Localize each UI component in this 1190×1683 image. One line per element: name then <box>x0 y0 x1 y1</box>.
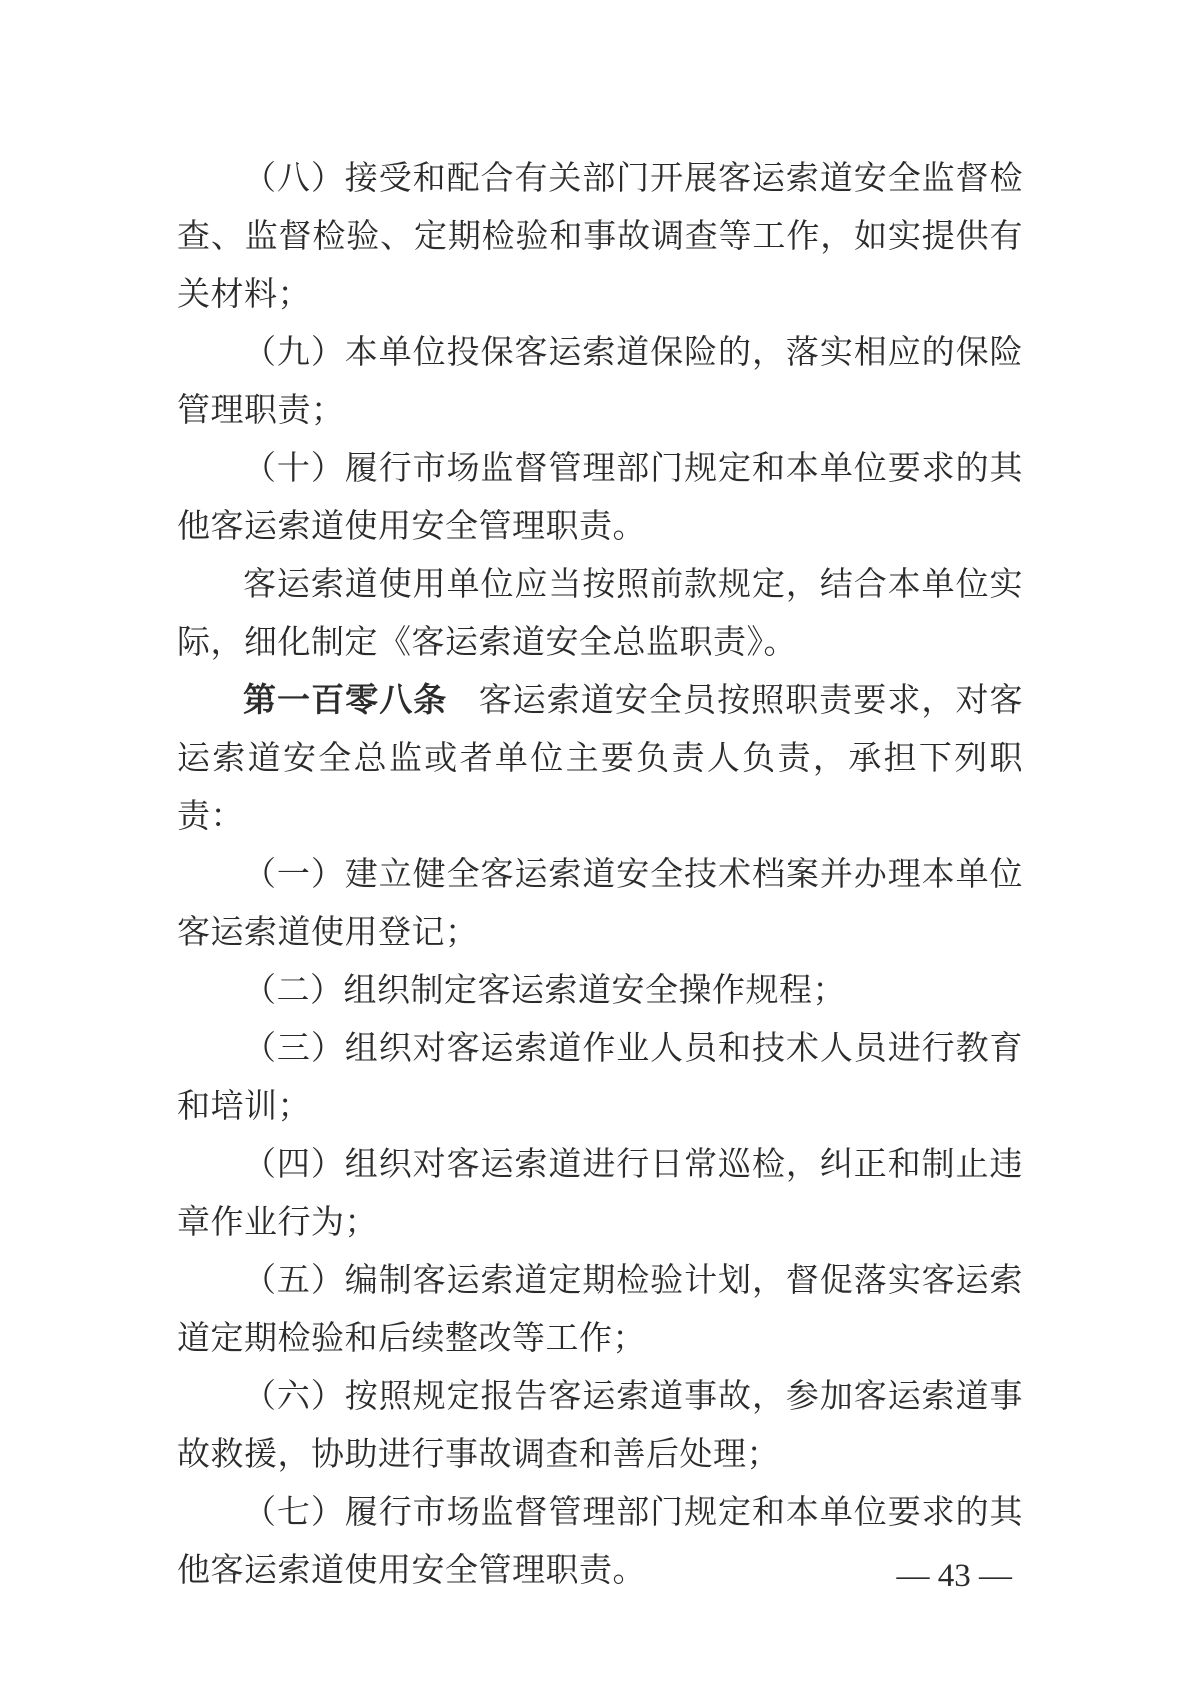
paragraph: （九）本单位投保客运索道保险的，落实相应的保险管理职责； <box>177 324 1023 440</box>
paragraph-text: （八）接受和配合有关部门开展客运索道安全监督检查、监督检验、定期检验和事故调查等… <box>177 161 1023 313</box>
paragraph: （一）建立健全客运索道安全技术档案并办理本单位客运索道使用登记； <box>177 846 1023 962</box>
paragraph: （五）编制客运索道定期检验计划，督促落实客运索道定期检验和后续整改等工作； <box>177 1252 1023 1368</box>
paragraph: （四）组织对客运索道进行日常巡检，纠正和制止违章作业行为； <box>177 1136 1023 1252</box>
paragraph-text: （三）组织对客运索道作业人员和技术人员进行教育和培训； <box>177 1031 1023 1125</box>
paragraph-text: 客运索道使用单位应当按照前款规定，结合本单位实际，细化制定《客运索道安全总监职责… <box>177 567 1023 661</box>
document-page: （八）接受和配合有关部门开展客运索道安全监督检查、监督检验、定期检验和事故调查等… <box>0 0 1190 1683</box>
paragraph-text: （二）组织制定客运索道安全操作规程； <box>243 973 846 1009</box>
paragraph-text: （十）履行市场监督管理部门规定和本单位要求的其他客运索道使用安全管理职责。 <box>177 451 1023 545</box>
article-number-heading: 第一百零八条 <box>243 683 447 719</box>
page-number: — 43 — <box>897 1553 1013 1599</box>
paragraph: （二）组织制定客运索道安全操作规程； <box>177 962 1023 1020</box>
paragraph: 客运索道使用单位应当按照前款规定，结合本单位实际，细化制定《客运索道安全总监职责… <box>177 556 1023 672</box>
paragraph: （六）按照规定报告客运索道事故，参加客运索道事故救援，协助进行事故调查和善后处理… <box>177 1368 1023 1484</box>
paragraph: 第一百零八条客运索道安全员按照职责要求，对客运索道安全总监或者单位主要负责人负责… <box>177 672 1023 846</box>
paragraph-text: （一）建立健全客运索道安全技术档案并办理本单位客运索道使用登记； <box>177 857 1023 951</box>
paragraph: （三）组织对客运索道作业人员和技术人员进行教育和培训； <box>177 1020 1023 1136</box>
document-body: （八）接受和配合有关部门开展客运索道安全监督检查、监督检验、定期检验和事故调查等… <box>177 150 1023 1600</box>
paragraph-text: （四）组织对客运索道进行日常巡检，纠正和制止违章作业行为； <box>177 1147 1023 1241</box>
paragraph-text: （六）按照规定报告客运索道事故，参加客运索道事故救援，协助进行事故调查和善后处理… <box>177 1379 1023 1473</box>
paragraph-text: （九）本单位投保客运索道保险的，落实相应的保险管理职责； <box>177 335 1023 429</box>
paragraph-text: （五）编制客运索道定期检验计划，督促落实客运索道定期检验和后续整改等工作； <box>177 1263 1023 1357</box>
paragraph: （十）履行市场监督管理部门规定和本单位要求的其他客运索道使用安全管理职责。 <box>177 440 1023 556</box>
paragraph: （八）接受和配合有关部门开展客运索道安全监督检查、监督检验、定期检验和事故调查等… <box>177 150 1023 324</box>
